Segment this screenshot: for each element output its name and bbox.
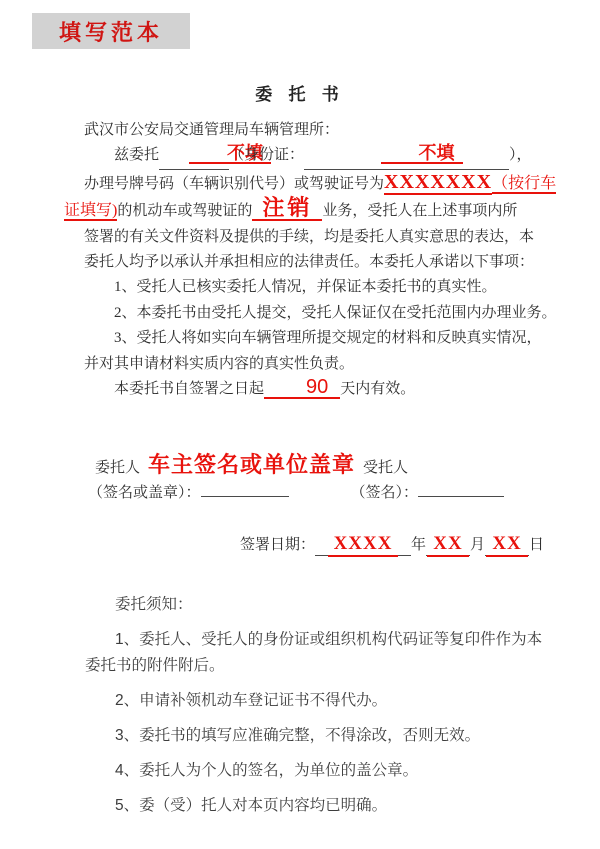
statement-line-1: 签署的有关文件资料及提供的手续，均是委托人真实意思的表达，本 (84, 225, 540, 250)
promise-item-3-line-1: 3、受托人将如实向车辆管理所提交规定的材料和反映真实情况， (84, 326, 540, 351)
validity-days-value: 90 (264, 377, 340, 399)
notice-heading: 委托须知： (85, 592, 557, 618)
principal-sign-label: （签名或盖章）： (88, 485, 201, 501)
day-blank: XX (485, 533, 529, 556)
signature-blanks-row: （签名或盖章）：（签名）： (88, 481, 558, 502)
year-value: XXXX (328, 533, 399, 557)
principal-annotation: 车主签名或单位盖章 (140, 452, 363, 477)
plate-number-note-start: （按行车 (492, 175, 556, 194)
promise-item-1: 1、受托人已核实委托人情况，并保证本委托书的真实性。 (84, 275, 540, 300)
principal-signature-blank (201, 496, 289, 497)
agent-name-blank: 不填 (159, 143, 229, 169)
authorization-letter-page: { "page": { "accent_red": "#e8120c", "st… (0, 0, 600, 849)
validity-line: 本委托书自签署之日起90天内有效。 (84, 377, 540, 402)
day-unit: 日 (529, 537, 544, 553)
entrust-line: 兹委托不填（身份证：不填）， (84, 143, 540, 169)
month-blank: XX (426, 533, 470, 556)
date-label: 签署日期： (240, 537, 315, 553)
month-value: XX (427, 533, 468, 557)
day-value: XX (486, 533, 527, 557)
statement-line-2: 委托人均予以承认并承担相应的法律责任。本委托人承诺以下事项： (84, 250, 540, 275)
year-blank: XXXX (315, 533, 411, 556)
promise-item-3-line-2: 并对其申请材料实质内容的真实性负责。 (84, 352, 540, 377)
sample-stamp-label: 填写范本 (59, 16, 163, 47)
document-title: 委 托 书 (0, 80, 600, 105)
notice-item-5: 5、委（受）托人对本页内容均已明确。 (85, 793, 557, 819)
service-line: 证填写)的机动车或驾驶证的注销业务，受托人在上述事项内所 (64, 197, 540, 224)
service-suffix-text: 业务，受托人在上述事项内所 (322, 203, 517, 219)
id-number-value: 不填 (381, 144, 463, 164)
plate-number-note-end: 证填写) (64, 202, 117, 221)
notice-item-4: 4、委托人为个人的签名，为单位的盖公章。 (85, 758, 557, 784)
entrust-prefix: 兹委托 (114, 147, 159, 163)
agent-sign-label: （签名）： (351, 485, 419, 501)
id-number-blank: 不填 (304, 143, 509, 169)
year-unit: 年 (411, 537, 426, 553)
sign-date-row: 签署日期：XXXX年XX月XX日 (240, 533, 544, 556)
notice-section: 委托须知： 1、委托人、受托人的身份证或组织机构代码证等复印件作为本委托书的附件… (85, 592, 557, 819)
document-body: 武汉市公安局交通管理局车辆管理所： 兹委托不填（身份证：不填）， 办理号牌号码（… (84, 118, 540, 402)
validity-suffix: 天内有效。 (340, 381, 415, 397)
salutation-line: 武汉市公安局交通管理局车辆管理所： (84, 118, 540, 143)
entrust-suffix: ）， (509, 147, 532, 163)
service-mid-text: 的机动车或驾驶证的 (117, 203, 252, 219)
principal-label: 委托人 (95, 460, 140, 476)
plate-number-value: XXXXXXX (384, 171, 492, 195)
sample-stamp-badge: 填写范本 (32, 13, 190, 49)
promise-item-2: 2、本委托书由受托人提交，受托人保证仅在受托范围内办理业务。 (84, 301, 540, 326)
signature-parties-row: 委托人车主签名或单位盖章受托人 (95, 448, 565, 479)
agent-label: 受托人 (363, 460, 408, 476)
notice-item-3: 3、委托书的填写应准确完整，不得涂改，否则无效。 (85, 723, 557, 749)
notice-item-2: 2、申请补领机动车登记证书不得代办。 (85, 688, 557, 714)
id-label: （身份证： (229, 147, 304, 163)
plate-number-line: 办理号牌号码（车辆识别代号）或驾驶证号为XXXXXXX（按行车 (84, 170, 540, 197)
service-type-value: 注销 (252, 197, 322, 221)
agent-signature-blank (418, 496, 504, 497)
notice-item-1: 1、委托人、受托人的身份证或组织机构代码证等复印件作为本委托书的附件附后。 (85, 627, 557, 679)
plate-number-text: 办理号牌号码（车辆识别代号）或驾驶证号为 (84, 176, 384, 192)
validity-prefix: 本委托书自签署之日起 (114, 381, 264, 397)
month-unit: 月 (470, 537, 485, 553)
